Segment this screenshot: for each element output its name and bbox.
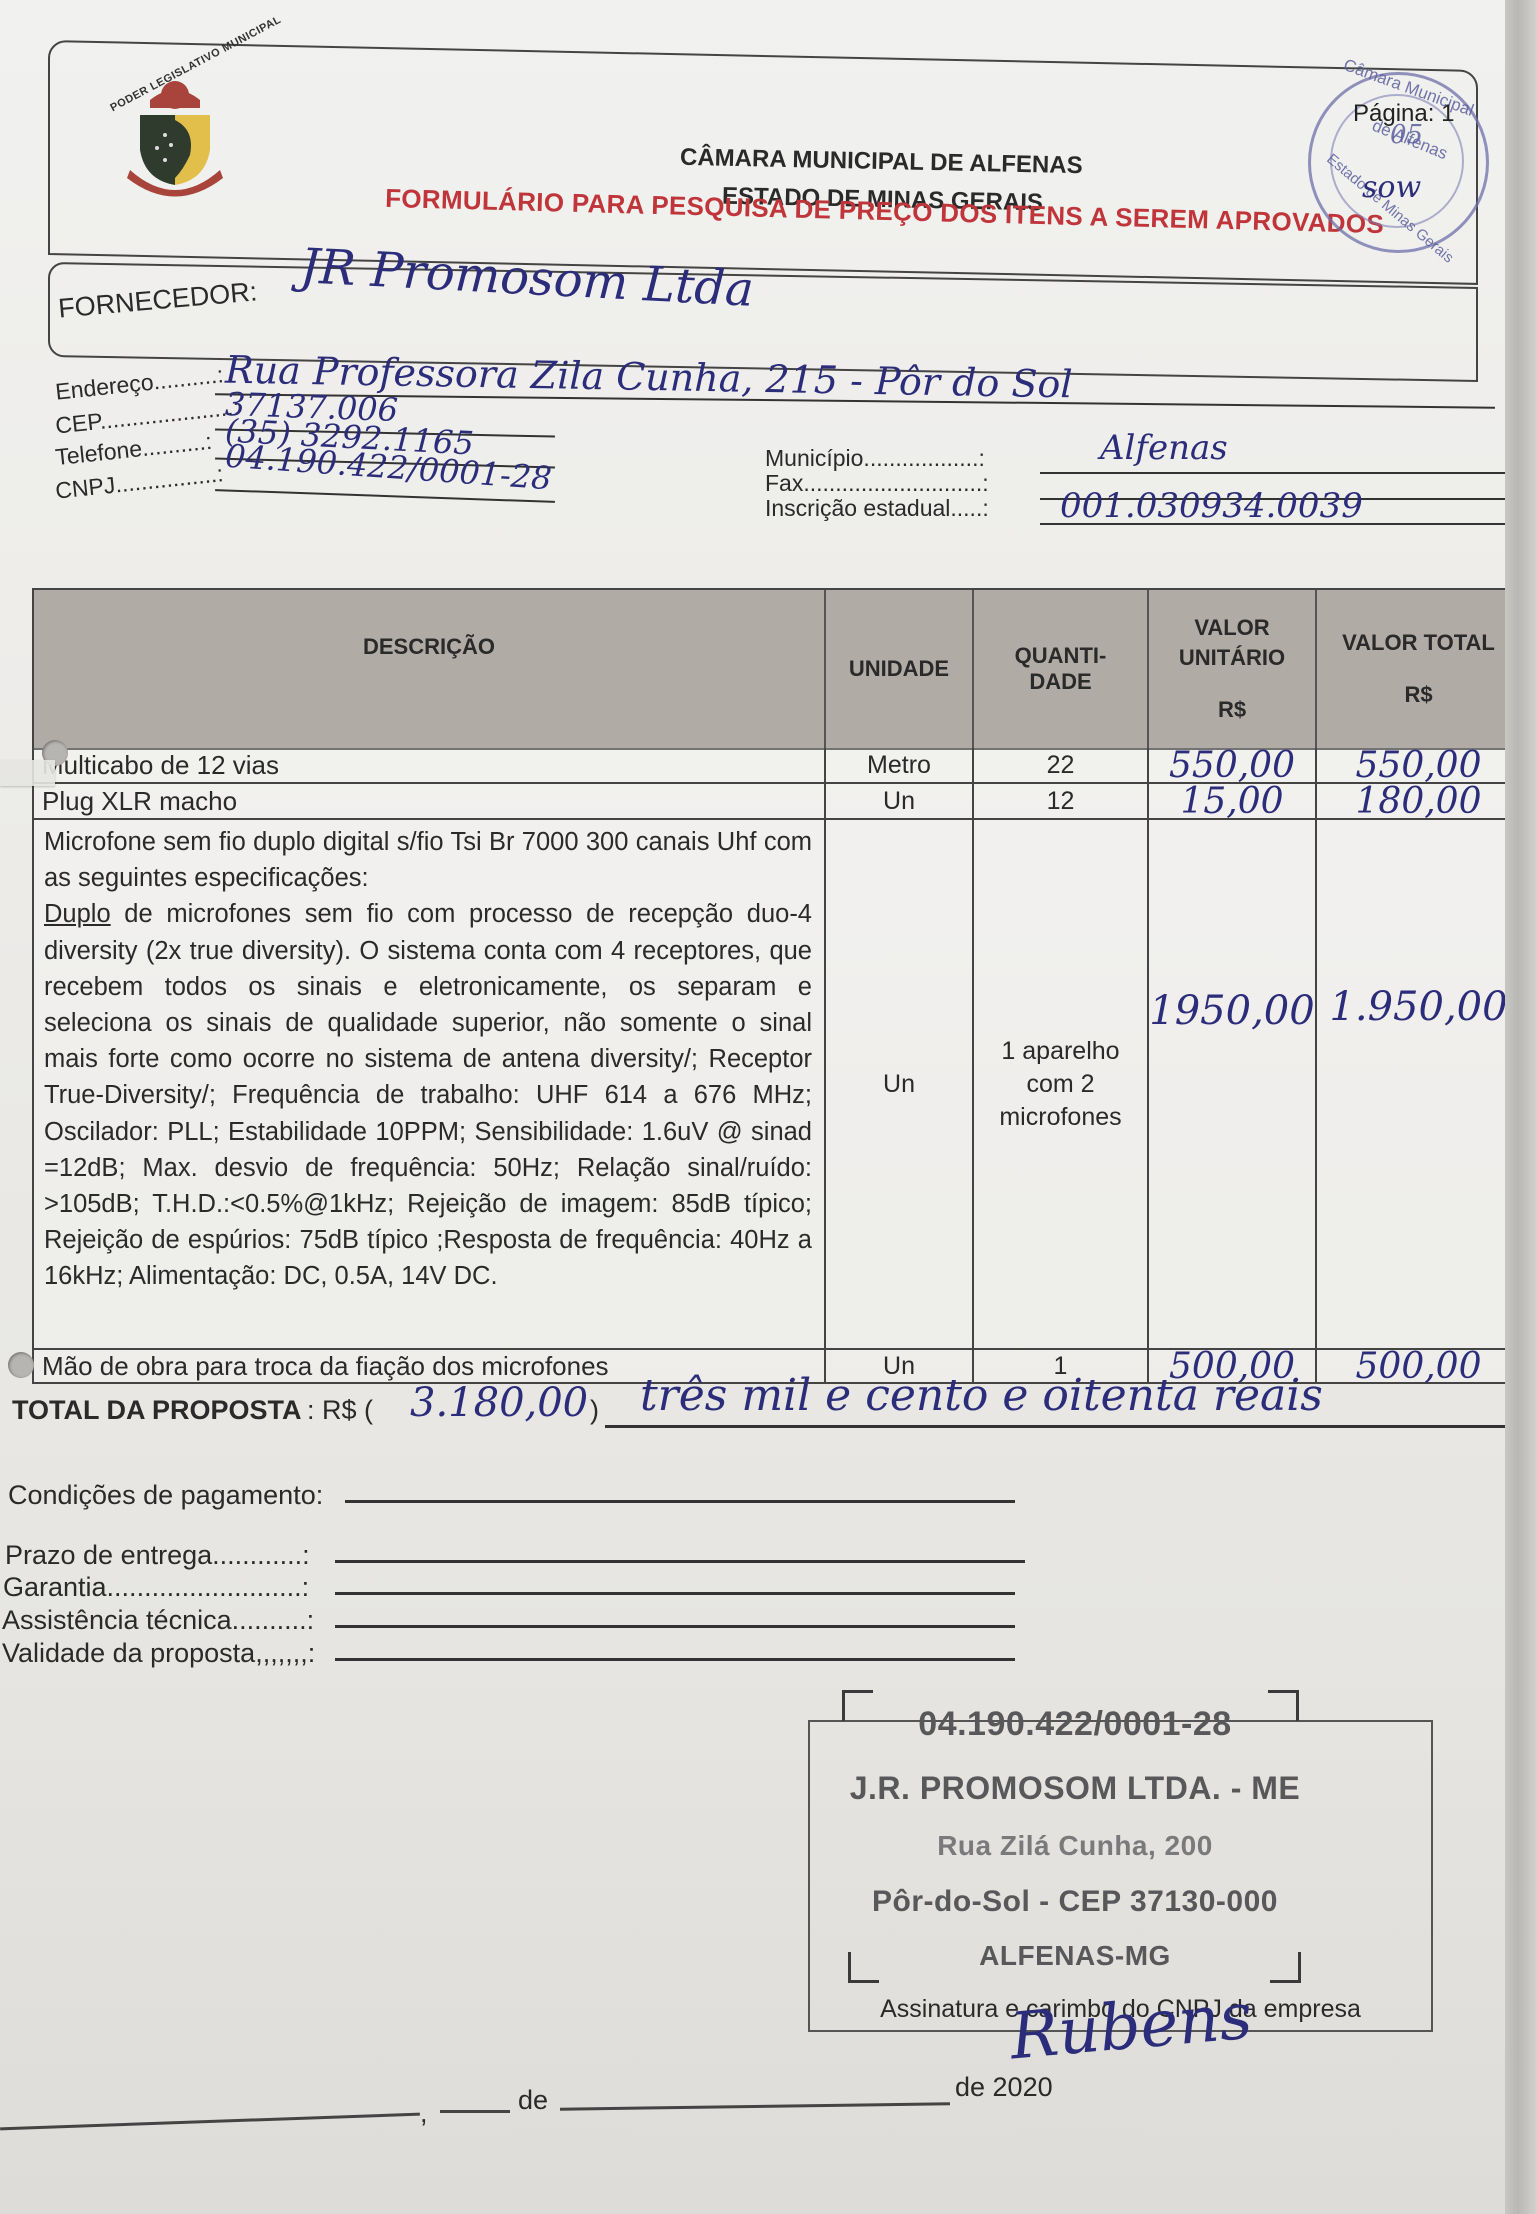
row-total-value[interactable]: 550,00 <box>1315 748 1520 782</box>
row-total-value-text: 1.950,00 <box>1329 984 1507 1030</box>
col-description: DESCRIÇÃO <box>34 590 824 748</box>
date-day-field[interactable] <box>440 2110 510 2113</box>
row-description-body: de microfones sem fio com processo de re… <box>44 900 812 1290</box>
row-total-value[interactable]: 180,00 <box>1315 784 1520 818</box>
row-total-value[interactable]: 500,00 <box>1315 1350 1520 1382</box>
row-unit: Metro <box>824 748 972 782</box>
total-currency: : R$ ( <box>307 1395 373 1426</box>
row-quantity: 22 <box>972 748 1147 782</box>
col-quantity-line2: DADE <box>1029 669 1091 695</box>
col-unit-value-line3: R$ <box>1218 695 1246 725</box>
table-row: Microfone sem fio duplo digital s/fio Ts… <box>32 820 1522 1350</box>
row-unit-value[interactable]: 15,00 <box>1147 784 1315 818</box>
row-total-value-text: 550,00 <box>1356 745 1482 786</box>
table-header: DESCRIÇÃO UNIDADE QUANTI- DADE VALOR UNI… <box>32 588 1522 750</box>
stamp-company: J.R. PROMOSOM LTDA. - ME <box>745 1770 1405 1807</box>
row-description-underlined: Duplo <box>44 900 111 928</box>
col-unit-value-line1: VALOR <box>1194 613 1269 643</box>
date-year-label: de 2020 <box>955 2072 1053 2103</box>
stamp-cnpj: 04.190.422/0001-28 <box>745 1705 1405 1744</box>
date-comma: , <box>420 2098 428 2129</box>
table-row: Multicabo de 12 vias Metro 22 550,00 550… <box>32 748 1522 784</box>
row-unit: Un <box>824 784 972 818</box>
row-unit-value-text: 550,00 <box>1169 745 1295 786</box>
date-place-field[interactable] <box>0 2113 420 2131</box>
col-quantity-line1: QUANTI- <box>1015 643 1107 669</box>
stamp-district: Pôr-do-Sol - CEP 37130-000 <box>745 1885 1405 1919</box>
row-unit: Un <box>824 820 972 1348</box>
row-total-value[interactable]: 1.950,00 <box>1315 820 1520 1348</box>
row-total-value-text: 180,00 <box>1356 781 1482 822</box>
row-unit-value[interactable]: 550,00 <box>1147 748 1315 782</box>
municipality-line <box>1040 472 1510 474</box>
col-total-value: VALOR TOTAL R$ <box>1315 590 1520 748</box>
row-quantity: 12 <box>972 784 1147 818</box>
technical-assistance-label: Assistência técnica..........: <box>2 1605 314 1636</box>
proposal-validity-label: Validade da proposta,,,,,,,: <box>2 1638 315 1669</box>
row-description: Plug XLR macho <box>34 784 824 818</box>
row-unit-value-text: 15,00 <box>1180 781 1283 822</box>
row-unit-value[interactable]: 1950,00 <box>1147 820 1315 1348</box>
payment-terms-field[interactable] <box>345 1500 1015 1503</box>
row-quantity: 1 aparelho com 2 microfones <box>972 820 1147 1348</box>
stamp-street: Rua Zilá Cunha, 200 <box>745 1830 1405 1862</box>
row-description: Microfone sem fio duplo digital s/fio Ts… <box>44 824 812 1295</box>
company-stamp-box <box>808 1720 1433 2032</box>
total-in-words[interactable]: três mil e cento e oitenta reais <box>640 1370 1323 1421</box>
warranty-label: Garantia..........................: <box>3 1572 309 1603</box>
punch-hole-icon <box>8 1352 34 1378</box>
col-unit-value: VALOR UNITÁRIO R$ <box>1147 590 1315 748</box>
state-registration-label: Inscrição estadual.....: <box>765 495 989 522</box>
delivery-time-field[interactable] <box>335 1560 1025 1563</box>
col-total-value-line2: R$ <box>1404 680 1432 710</box>
municipality-label: Município..................: <box>765 445 985 472</box>
stamp-city: ALFENAS-MG <box>745 1940 1405 1972</box>
row-unit-value-text: 1950,00 <box>1149 988 1314 1034</box>
delivery-time-label: Prazo de entrega............: <box>5 1540 310 1571</box>
total-close-paren: ) <box>590 1395 599 1426</box>
row-description: Multicabo de 12 vias <box>34 748 824 782</box>
col-total-value-line1: VALOR TOTAL <box>1342 628 1495 658</box>
total-label: TOTAL DA PROPOSTA <box>12 1395 302 1426</box>
proposal-validity-field[interactable] <box>335 1658 1015 1661</box>
row-description-title: Microfone sem fio duplo digital s/fio Ts… <box>44 828 812 892</box>
page-stack-edge <box>1505 0 1537 2214</box>
total-words-line <box>605 1425 1520 1428</box>
state-registration-field[interactable]: 001.030934.0039 <box>1060 486 1363 526</box>
tape-strip <box>0 760 55 786</box>
warranty-field[interactable] <box>335 1592 1015 1595</box>
technical-assistance-field[interactable] <box>335 1625 1015 1628</box>
seal-handwritten-initials: sow <box>1362 170 1421 205</box>
total-value[interactable]: 3.180,00 <box>410 1380 588 1426</box>
date-month-field[interactable] <box>560 2102 950 2110</box>
municipality-field[interactable]: Alfenas <box>1100 428 1228 468</box>
col-quantity: QUANTI- DADE <box>972 590 1147 748</box>
document-page: PODER LEGISLATIVO MUNICIPAL CÂMARA MUNIC… <box>0 0 1505 2214</box>
col-unit-value-line2: UNITÁRIO <box>1179 643 1285 673</box>
payment-terms-label: Condições de pagamento: <box>8 1480 323 1511</box>
col-unit: UNIDADE <box>824 590 972 748</box>
row-total-value-text: 500,00 <box>1356 1346 1482 1387</box>
fax-label: Fax............................: <box>765 470 989 497</box>
seal-handwritten-number: 05 <box>1390 120 1423 150</box>
date-de-label: de <box>518 2085 548 2116</box>
table-row: Plug XLR macho Un 12 15,00 180,00 <box>32 784 1522 820</box>
